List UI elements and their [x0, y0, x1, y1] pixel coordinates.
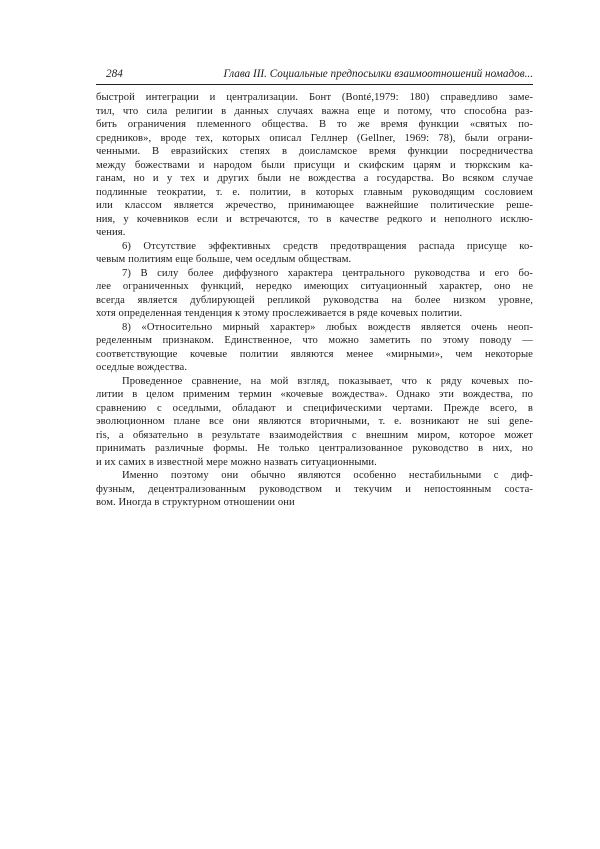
- text-line: чения.: [96, 226, 533, 240]
- chapter-title: Глава III. Социальные предпосылки взаимо…: [223, 67, 533, 81]
- text-line: сравнению с оседлыми, обладают и специфи…: [96, 402, 533, 416]
- text-line: 7) В силу более диффузного характера цен…: [96, 267, 533, 281]
- text-line: Именно поэтому они обычно являются особе…: [96, 469, 533, 483]
- text-line: литии в целом применим термин «кочевые в…: [96, 388, 533, 402]
- text-line: между божествами и народом были присущи …: [96, 159, 533, 173]
- text-line: оседлые вождества.: [96, 361, 533, 375]
- text-line: подлинные теократии, т. е. политии, в ко…: [96, 186, 533, 200]
- text-line: быстрой интеграции и централизации. Бонт…: [96, 91, 533, 105]
- text-line: или классом является жречество, принимаю…: [96, 199, 533, 213]
- text-line: 8) «Относительно мирный характер» любых …: [96, 321, 533, 335]
- text-line: Проведенное сравнение, на мой взгляд, по…: [96, 375, 533, 389]
- text-line: ганам, но и у тех и других были не вожде…: [96, 172, 533, 186]
- text-line: лее ограниченных функций, нередко имеющи…: [96, 280, 533, 294]
- text-line: хотя определенная тенденция к этому прос…: [96, 307, 533, 321]
- text-line: фузным, децентрализованным руководством …: [96, 483, 533, 497]
- text-line: всегда является дублирующей репликой рук…: [96, 294, 533, 308]
- text-line: бить ограничения племенного общества. В …: [96, 118, 533, 132]
- text-line: чевым политиям еще больше, чем оседлым о…: [96, 253, 533, 267]
- text-line: эволюционном плане все они являются втор…: [96, 415, 533, 429]
- text-line: ния, у кочевников если и встречаются, то…: [96, 213, 533, 227]
- page-number: 284: [96, 67, 123, 81]
- text-line: принимать различные формы. Не только цен…: [96, 442, 533, 456]
- text-line: вом. Иногда в структурном отношении они: [96, 496, 533, 510]
- text-line: соответствующие кочевые политии являются…: [96, 348, 533, 362]
- body-text: быстрой интеграции и централизации. Бонт…: [96, 91, 533, 510]
- text-line: ченными. В евразийских степях в доисламс…: [96, 145, 533, 159]
- text-line: и их самих в известной мере можно назват…: [96, 456, 533, 470]
- text-line: 6) Отсутствие эффективных средств предот…: [96, 240, 533, 254]
- text-line: ris, а обязательно в результате взаимоде…: [96, 429, 533, 443]
- text-line: средников», вроде тех, которых описал Ге…: [96, 132, 533, 146]
- text-line: ределенным признаком. Единственное, что …: [96, 334, 533, 348]
- running-header: 284 Глава III. Социальные предпосылки вз…: [96, 67, 533, 85]
- book-page: 284 Глава III. Социальные предпосылки вз…: [0, 0, 600, 849]
- text-line: тил, что сила религии в данных случаях в…: [96, 105, 533, 119]
